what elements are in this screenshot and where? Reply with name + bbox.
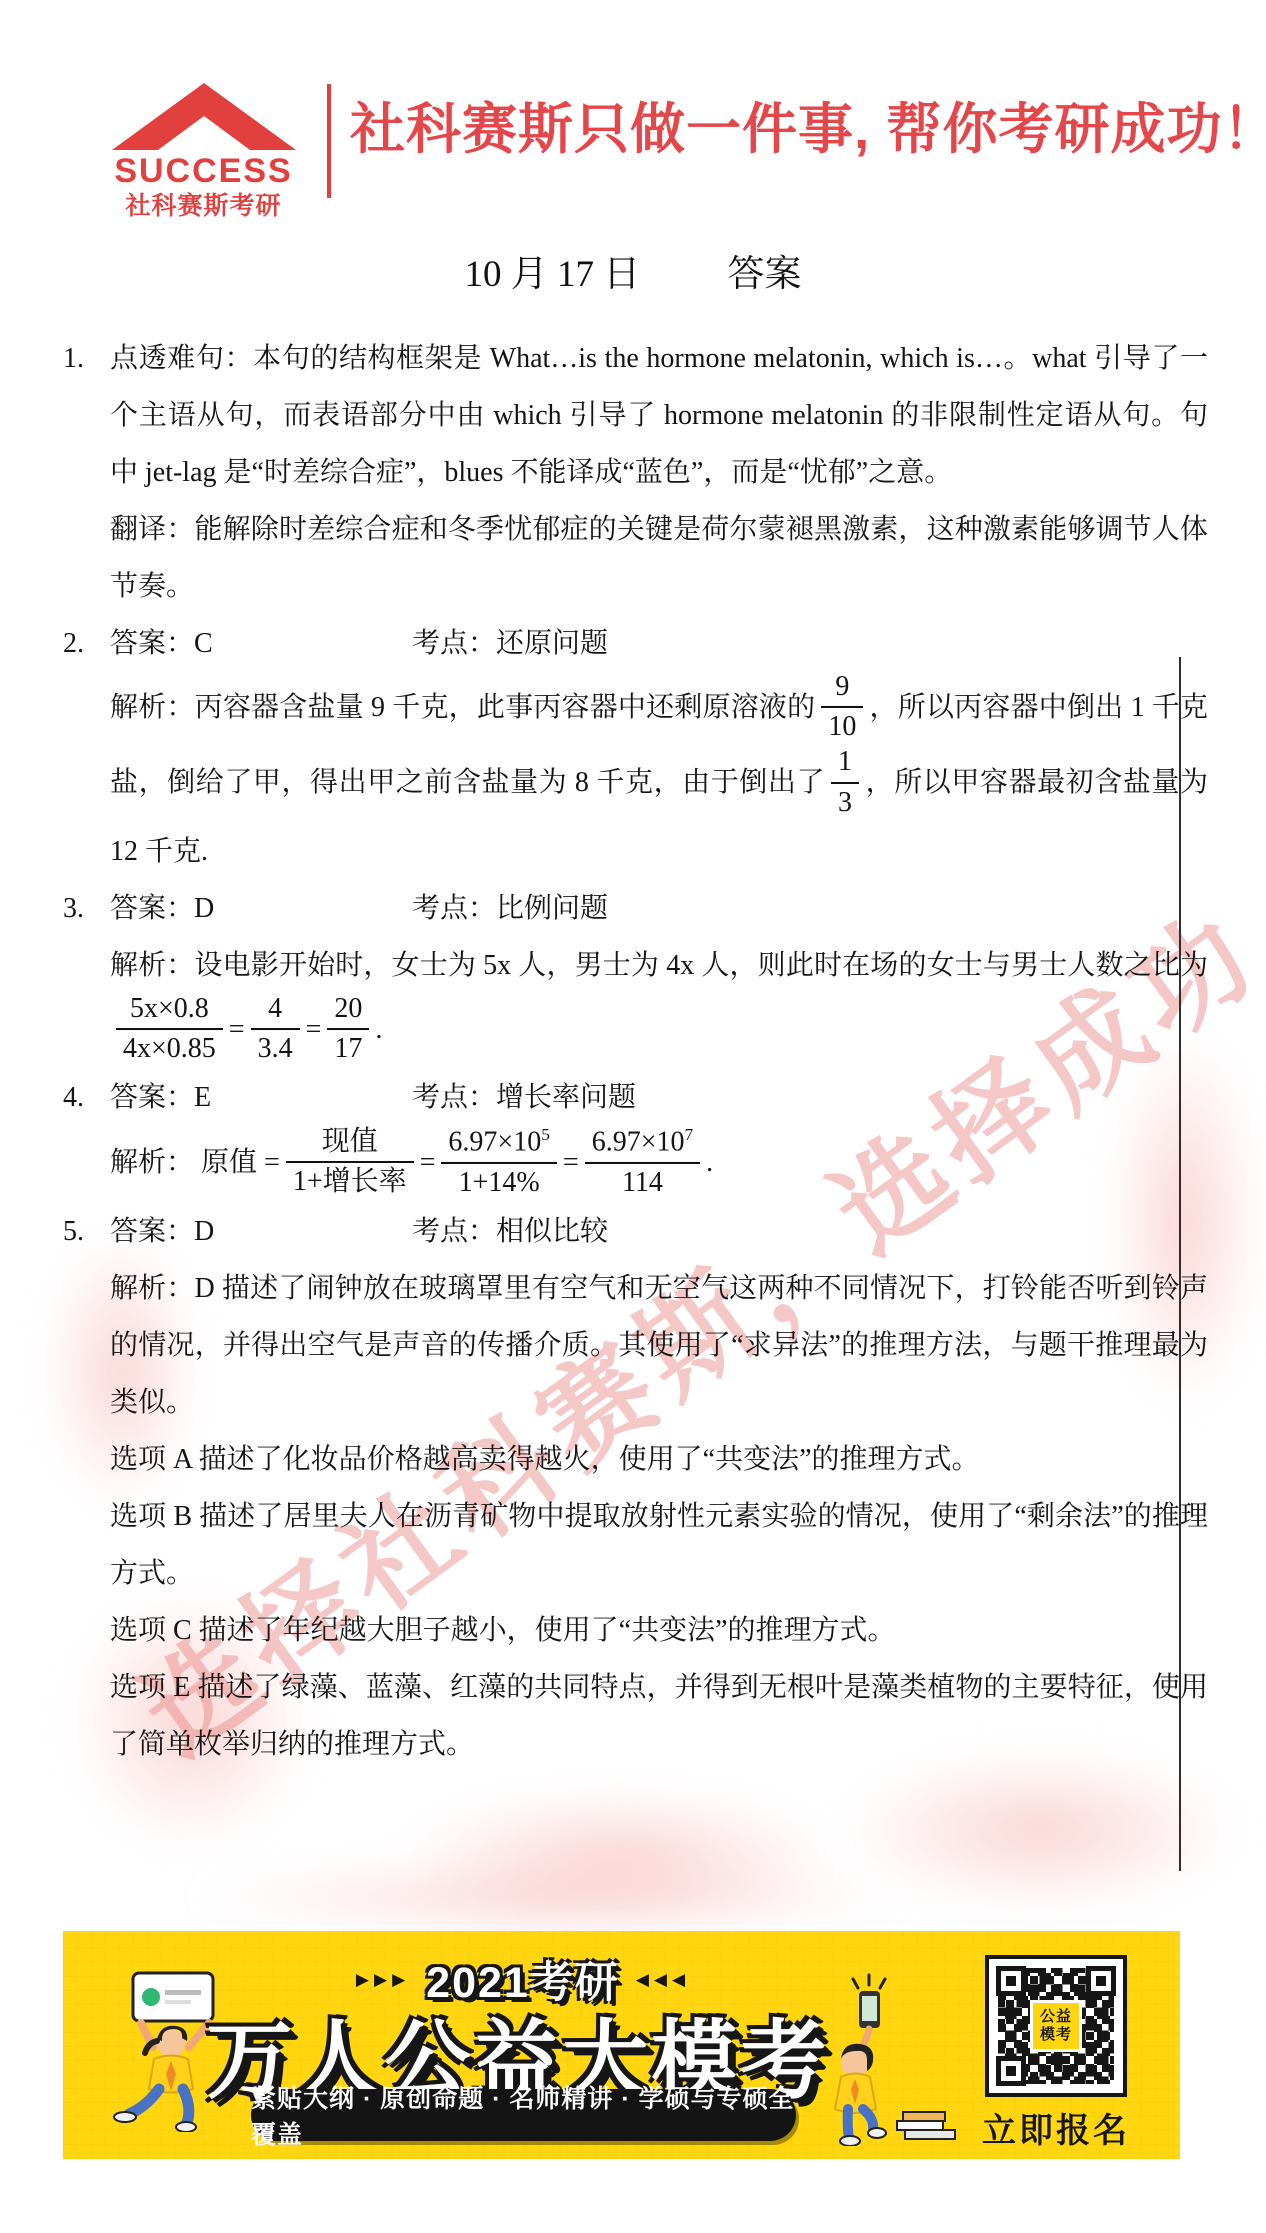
- equals-sign: =: [264, 1147, 280, 1178]
- illustration-girl-phone: [793, 1971, 973, 2146]
- fraction-denominator: 17: [327, 1028, 369, 1066]
- arrows-left-icon: ◀◀◀: [636, 1970, 690, 1990]
- item-number: 1.: [63, 330, 84, 387]
- title-word: 答案: [728, 254, 802, 295]
- fraction-denominator: 114: [585, 1162, 700, 1200]
- pink-watercolor-blob: [400, 1790, 840, 1920]
- header-divider: [327, 84, 331, 198]
- fraction-denominator: 3.4: [251, 1028, 300, 1066]
- fraction-numerator: 5x×0.8: [116, 991, 223, 1028]
- exponent: 5: [541, 1125, 550, 1144]
- pink-watercolor-blob: [190, 1862, 910, 1932]
- page-title: 10 月 17 日 答案: [0, 243, 1266, 297]
- equals-sign: =: [306, 1014, 322, 1045]
- text-segment: 解析：设电影开始时，女士为 5x 人，男士为 4x 人，则此时在场的女士与男士人…: [110, 950, 1208, 981]
- item4-formula: 解析： 原值 =现值1+增长率=6.97×1051+14%=6.97×10711…: [110, 1126, 1208, 1203]
- period: .: [706, 1147, 713, 1178]
- item1-translation: 翻译：能解除时差综合症和冬季忧郁症的关键是荷尔蒙褪黑激素，这种激素能够调节人体节…: [110, 501, 1208, 615]
- keypoint-label: 考点：还原问题: [412, 628, 608, 659]
- item2-answer-line: 答案：C 考点：还原问题: [110, 615, 1208, 672]
- equals-sign: =: [563, 1147, 579, 1178]
- fraction-denominator: 1+14%: [441, 1162, 556, 1200]
- fraction: 现值1+增长率: [286, 1124, 414, 1199]
- fraction-numerator: 4: [251, 991, 300, 1028]
- fraction: 5x×0.84x×0.85: [116, 991, 223, 1066]
- equals-sign: =: [229, 1014, 245, 1045]
- item5-option-b: 选项 B 描述了居里夫人在沥青矿物中提取放射性元素实验的情况，使用了“剩余法”的…: [110, 1488, 1208, 1602]
- item5-option-e: 选项 E 描述了绿藻、蓝藻、红藻的共同特点，并得到无根叶是藻类植物的主要特征，使…: [110, 1659, 1208, 1773]
- item5-option-a: 选项 A 描述了化妆品价格越高卖得越火，使用了“共变法”的推理方式。: [110, 1431, 1208, 1488]
- qr-pattern: 公益 模考: [998, 1968, 1114, 2084]
- item1-analysis: 点透难句：本句的结构框架是 What…is the hormone melato…: [110, 330, 1208, 501]
- exponent: 7: [684, 1125, 693, 1144]
- fraction-denominator: 10: [821, 706, 863, 744]
- item3-answer-line: 答案：D 考点：比例问题: [110, 880, 1208, 937]
- fraction-numerator: 1: [831, 744, 859, 781]
- fraction: 43.4: [251, 991, 300, 1066]
- item-number: 2.: [63, 615, 84, 672]
- fraction-numerator: 20: [327, 991, 369, 1028]
- answers-body: 1. 点透难句：本句的结构框架是 What…is the hormone mel…: [63, 330, 1208, 1773]
- arrows-right-icon: ▶▶▶: [356, 1970, 410, 1990]
- item5-analysis: 解析：D 描述了闹钟放在玻璃罩里有空气和无空气这两种不同情况下，打铃能否听到铃声…: [110, 1260, 1208, 1431]
- title-date: 10 月 17 日: [465, 254, 641, 295]
- fraction-numerator: 现值: [286, 1124, 414, 1161]
- text-segment: 解析： 原值: [110, 1147, 257, 1178]
- text-segment: 6.97×10: [448, 1126, 541, 1157]
- logo-brand-text: SUCCESS: [86, 154, 321, 190]
- header-slogan: 社科赛斯只做一件事, 帮你考研成功！: [350, 96, 1250, 162]
- success-logo: SUCCESS 社科赛斯考研: [86, 78, 321, 222]
- answer-label: 答案：C: [110, 615, 405, 672]
- keypoint-label: 考点：相似比较: [412, 1216, 608, 1247]
- equals-sign: =: [420, 1147, 436, 1178]
- qr-finder-icon: [996, 1966, 1026, 1996]
- fraction-numerator: 9: [821, 669, 863, 706]
- text-segment: 6.97×10: [592, 1126, 685, 1157]
- item5-option-c: 选项 C 描述了年纪越大胆子越小，使用了“共变法”的推理方式。: [110, 1602, 1208, 1659]
- keypoint-label: 考点：比例问题: [412, 893, 608, 924]
- item-number: 4.: [63, 1069, 84, 1126]
- qr-label-line1: 公益: [1040, 2008, 1072, 2026]
- fraction: 6.97×1051+14%: [441, 1123, 556, 1200]
- keypoint-label: 考点：增长率问题: [412, 1082, 636, 1113]
- roof-triangle-icon: [106, 78, 302, 154]
- text-segment: 解析：丙容器含盐量 9 千克，此事丙容器中还剩原溶液的: [110, 692, 815, 723]
- signup-cta[interactable]: 立即报名: [971, 2103, 1141, 2152]
- fraction: 6.97×107114: [585, 1123, 700, 1200]
- answer-label: 答案：D: [110, 880, 405, 937]
- fraction: 910: [821, 669, 863, 744]
- item4-answer-line: 答案：E 考点：增长率问题: [110, 1069, 1208, 1126]
- fraction-denominator: 1+增长率: [286, 1161, 414, 1199]
- fraction-numerator: 6.97×105: [441, 1123, 556, 1162]
- answer-label: 答案：D: [110, 1203, 405, 1260]
- banner-feature-pill: 紧贴大纲 · 原创命题 · 名师精讲 · 学硕与专硕全覆盖: [251, 2089, 796, 2141]
- item-number: 3.: [63, 880, 84, 937]
- logo-sub-text: 社科赛斯考研: [86, 190, 321, 223]
- qr-code[interactable]: 公益 模考: [985, 1955, 1127, 2097]
- fraction-denominator: 4x×0.85: [116, 1028, 223, 1066]
- fraction-numerator: 6.97×107: [585, 1123, 700, 1162]
- fraction-denominator: 3: [831, 782, 859, 820]
- answer-item-5: 5. 答案：D 考点：相似比较 解析：D 描述了闹钟放在玻璃罩里有空气和无空气这…: [63, 1203, 1208, 1773]
- fraction: 13: [831, 744, 859, 819]
- qr-finder-icon: [1086, 1966, 1116, 1996]
- item2-analysis: 解析：丙容器含盐量 9 千克，此事丙容器中还剩原溶液的910，所以丙容器中倒出 …: [110, 672, 1208, 880]
- item3-analysis: 解析：设电影开始时，女士为 5x 人，男士为 4x 人，则此时在场的女士与男士人…: [110, 937, 1208, 1069]
- document-page: 选择社科赛斯，选择成功 SUCCESS 社科赛斯考研 社科赛斯只做一件事, 帮你…: [0, 0, 1266, 2233]
- item5-answer-line: 答案：D 考点：相似比较: [110, 1203, 1208, 1260]
- qr-center-label: 公益 模考: [1030, 2000, 1082, 2052]
- answer-item-3: 3. 答案：D 考点：比例问题 解析：设电影开始时，女士为 5x 人，男士为 4…: [63, 880, 1208, 1069]
- qr-finder-icon: [996, 2056, 1026, 2086]
- period: .: [375, 1014, 382, 1045]
- answer-item-1: 1. 点透难句：本句的结构框架是 What…is the hormone mel…: [63, 330, 1208, 615]
- answer-item-2: 2. 答案：C 考点：还原问题 解析：丙容器含盐量 9 千克，此事丙容器中还剩原…: [63, 615, 1208, 880]
- fraction: 2017: [327, 991, 369, 1066]
- answer-label: 答案：E: [110, 1069, 405, 1126]
- page-header: SUCCESS 社科赛斯考研 社科赛斯只做一件事, 帮你考研成功！: [0, 0, 1266, 220]
- answer-item-4: 4. 答案：E 考点：增长率问题 解析： 原值 =现值1+增长率=6.97×10…: [63, 1069, 1208, 1203]
- item-number: 5.: [63, 1203, 84, 1260]
- qr-label-line2: 模考: [1040, 2026, 1072, 2044]
- ad-banner[interactable]: ▶▶▶ 2021考研 ◀◀◀ 万人公益大模考 紧贴大纲 · 原创命题 · 名师精…: [63, 1931, 1180, 2159]
